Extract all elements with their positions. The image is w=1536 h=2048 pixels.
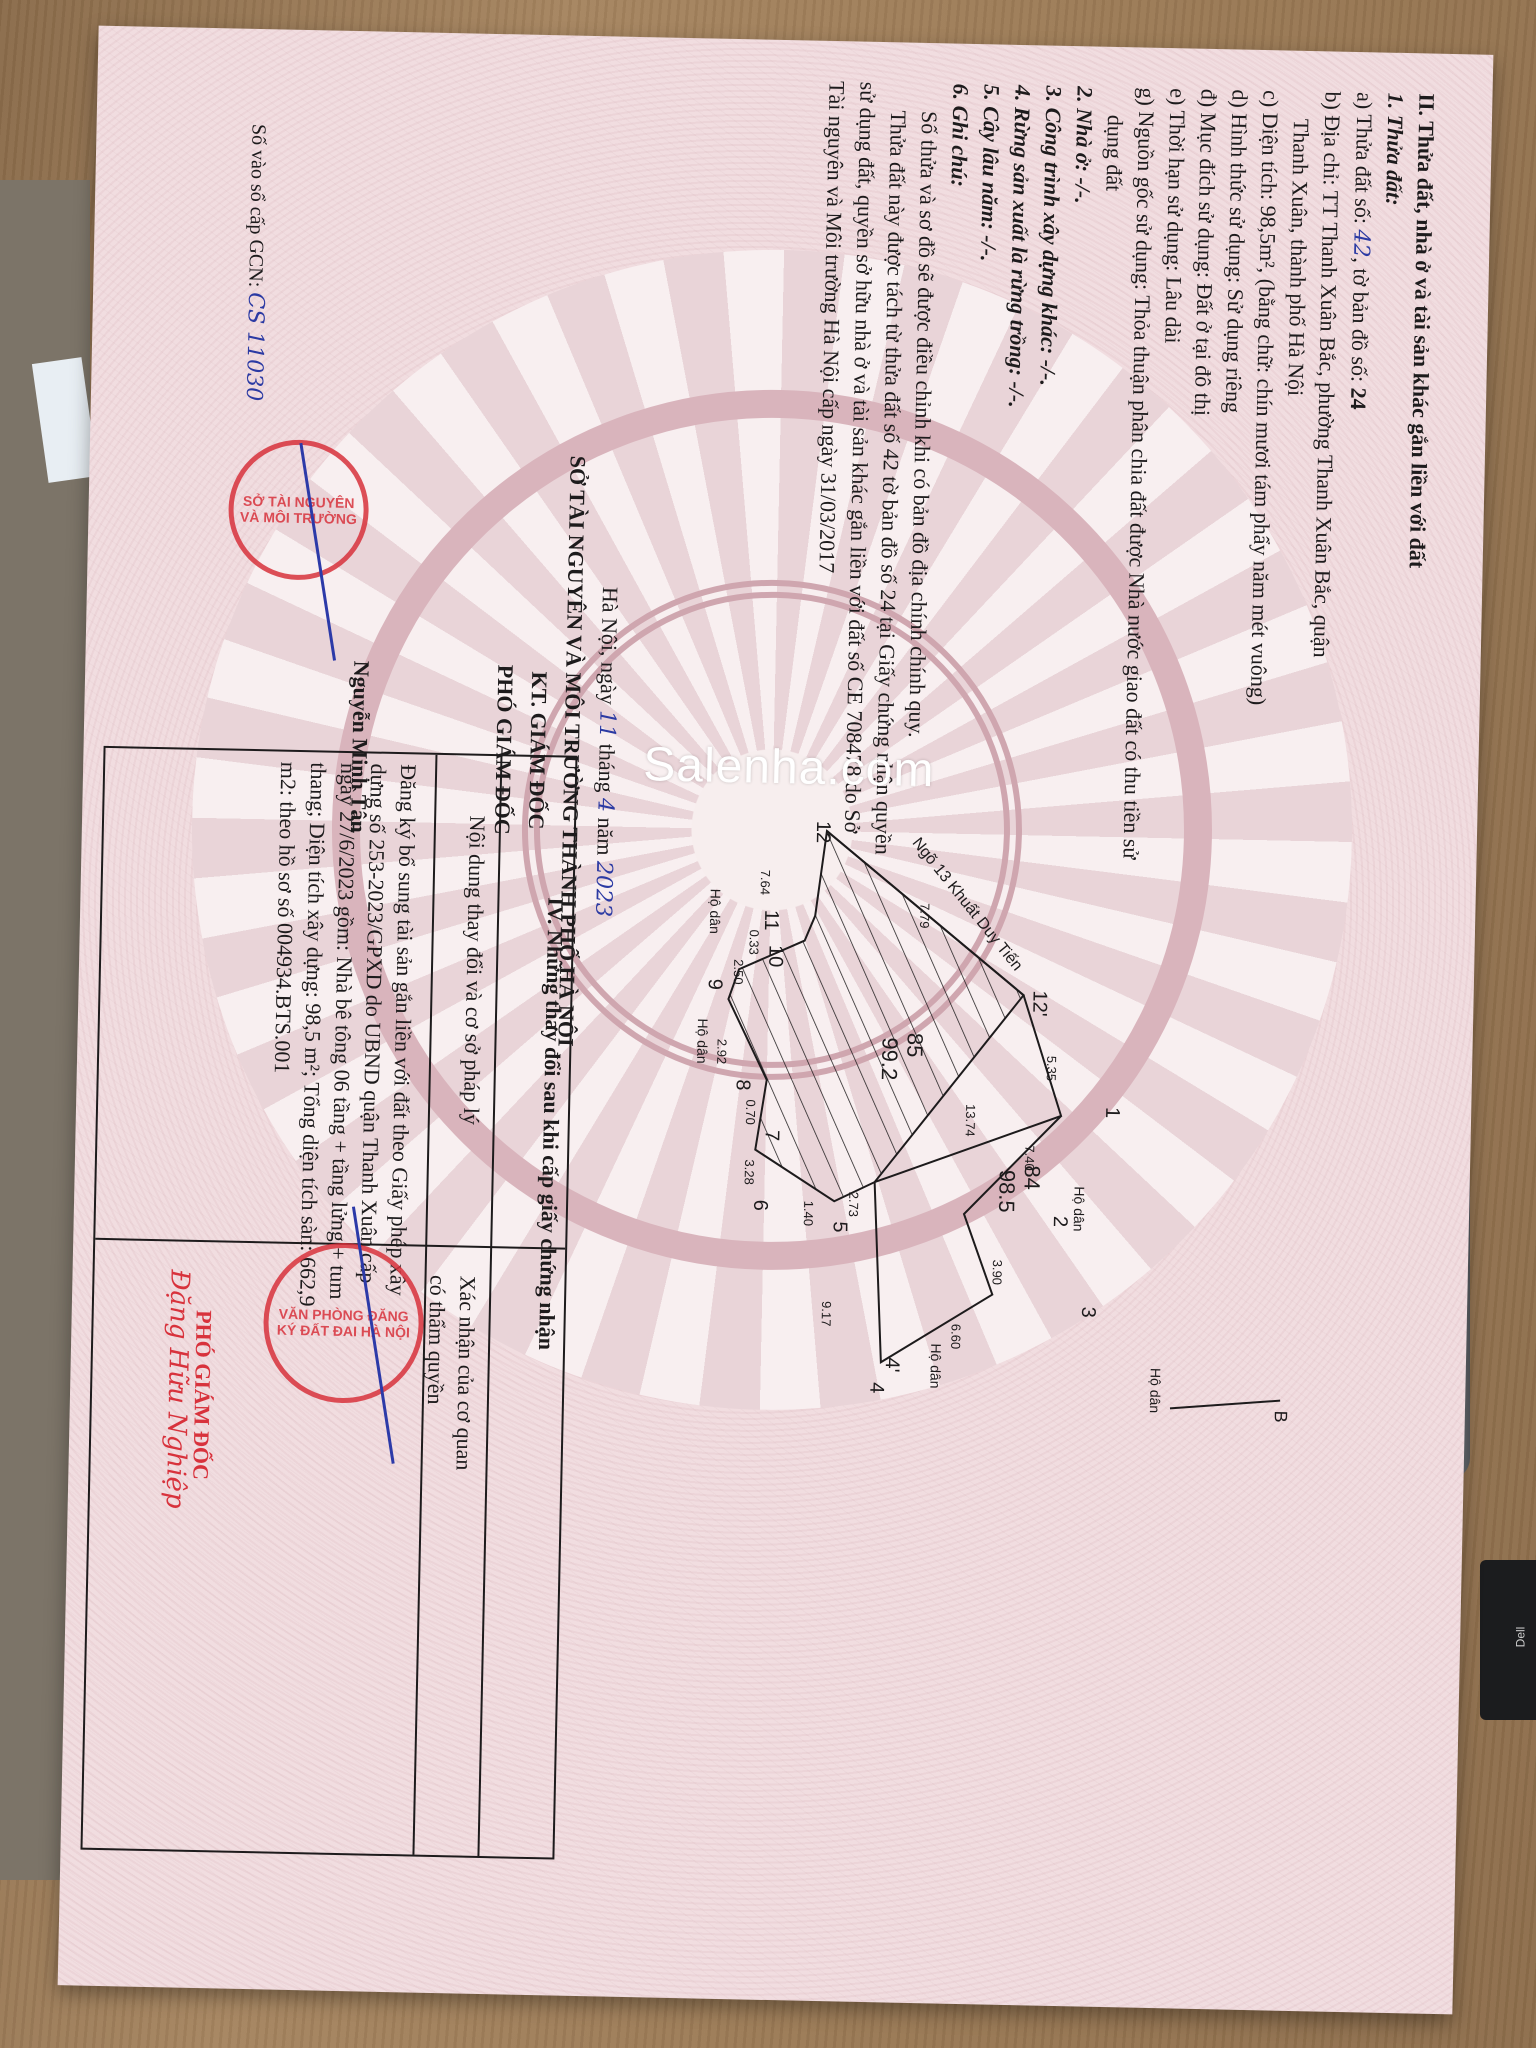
svg-text:3.90: 3.90 <box>990 1260 1006 1286</box>
section-iv-table: IV. Những thay đổi sau khi cấp giấy chứn… <box>80 746 577 1860</box>
svg-text:99.2: 99.2 <box>877 1037 903 1080</box>
laptop: Dell <box>1480 1560 1536 1720</box>
svg-text:2.73: 2.73 <box>846 1192 862 1218</box>
svg-text:B: B <box>1271 1410 1291 1422</box>
svg-text:Hộ dân: Hộ dân <box>694 1018 711 1063</box>
confirm-column-header: Xác nhận của cơ quan có thẩm quyền <box>419 1275 483 1471</box>
svg-text:1: 1 <box>1101 1107 1123 1119</box>
svg-text:7: 7 <box>760 1130 782 1142</box>
svg-text:84: 84 <box>1020 1165 1046 1190</box>
svg-text:11: 11 <box>760 910 782 931</box>
svg-text:85: 85 <box>902 1033 928 1058</box>
svg-text:5: 5 <box>829 1221 851 1233</box>
svg-text:0.33: 0.33 <box>746 929 762 955</box>
watermark: Salenha.com <box>643 737 935 798</box>
svg-text:10: 10 <box>764 945 786 968</box>
svg-text:2: 2 <box>1049 1216 1071 1228</box>
svg-text:9: 9 <box>704 978 726 990</box>
svg-text:6: 6 <box>749 1199 771 1211</box>
svg-text:8: 8 <box>732 1079 754 1091</box>
laptop-brand: Dell <box>1513 1627 1527 1648</box>
north-arrow <box>1170 1398 1280 1410</box>
change-content: Đăng ký bổ sung tài sản gắn liền với đất… <box>262 761 423 1308</box>
svg-text:7.79: 7.79 <box>917 903 933 929</box>
svg-text:98.5: 98.5 <box>994 1170 1020 1213</box>
svg-text:6.60: 6.60 <box>948 1324 964 1350</box>
svg-text:4': 4' <box>881 1357 903 1372</box>
svg-text:Hộ dân: Hộ dân <box>1147 1368 1164 1413</box>
svg-text:4: 4 <box>865 1382 887 1394</box>
svg-text:13.74: 13.74 <box>963 1104 979 1137</box>
svg-text:3.28: 3.28 <box>742 1159 758 1185</box>
svg-text:2.92: 2.92 <box>714 1039 730 1065</box>
svg-text:Hộ dân: Hộ dân <box>927 1343 944 1388</box>
svg-text:9.17: 9.17 <box>819 1301 835 1327</box>
changes-column-header: Nội dung thay đổi và cơ sở pháp lý <box>456 815 492 1125</box>
confirm-signer: Đặng Hữu Nghiệp <box>160 1269 195 1509</box>
svg-text:Hộ dân: Hộ dân <box>1071 1186 1088 1231</box>
svg-text:5.35: 5.35 <box>1044 1056 1060 1082</box>
svg-text:0.70: 0.70 <box>743 1099 759 1125</box>
svg-text:1.40: 1.40 <box>801 1201 817 1227</box>
parcel-diagram: 12344'5678910111212'7.647.790.332.502.92… <box>628 797 1363 1512</box>
land-certificate: II. Thửa đất, nhà ở và tài sản khác gắn … <box>58 26 1494 2015</box>
svg-text:2.50: 2.50 <box>731 959 747 985</box>
svg-text:3: 3 <box>1077 1306 1099 1318</box>
svg-text:12: 12 <box>812 821 834 844</box>
svg-text:Hộ dân: Hộ dân <box>707 889 724 934</box>
section-iv-heading: IV. Những thay đổi sau khi cấp giấy chứn… <box>531 897 570 1350</box>
svg-text:7.64: 7.64 <box>758 870 774 896</box>
svg-text:12': 12' <box>1028 990 1051 1017</box>
